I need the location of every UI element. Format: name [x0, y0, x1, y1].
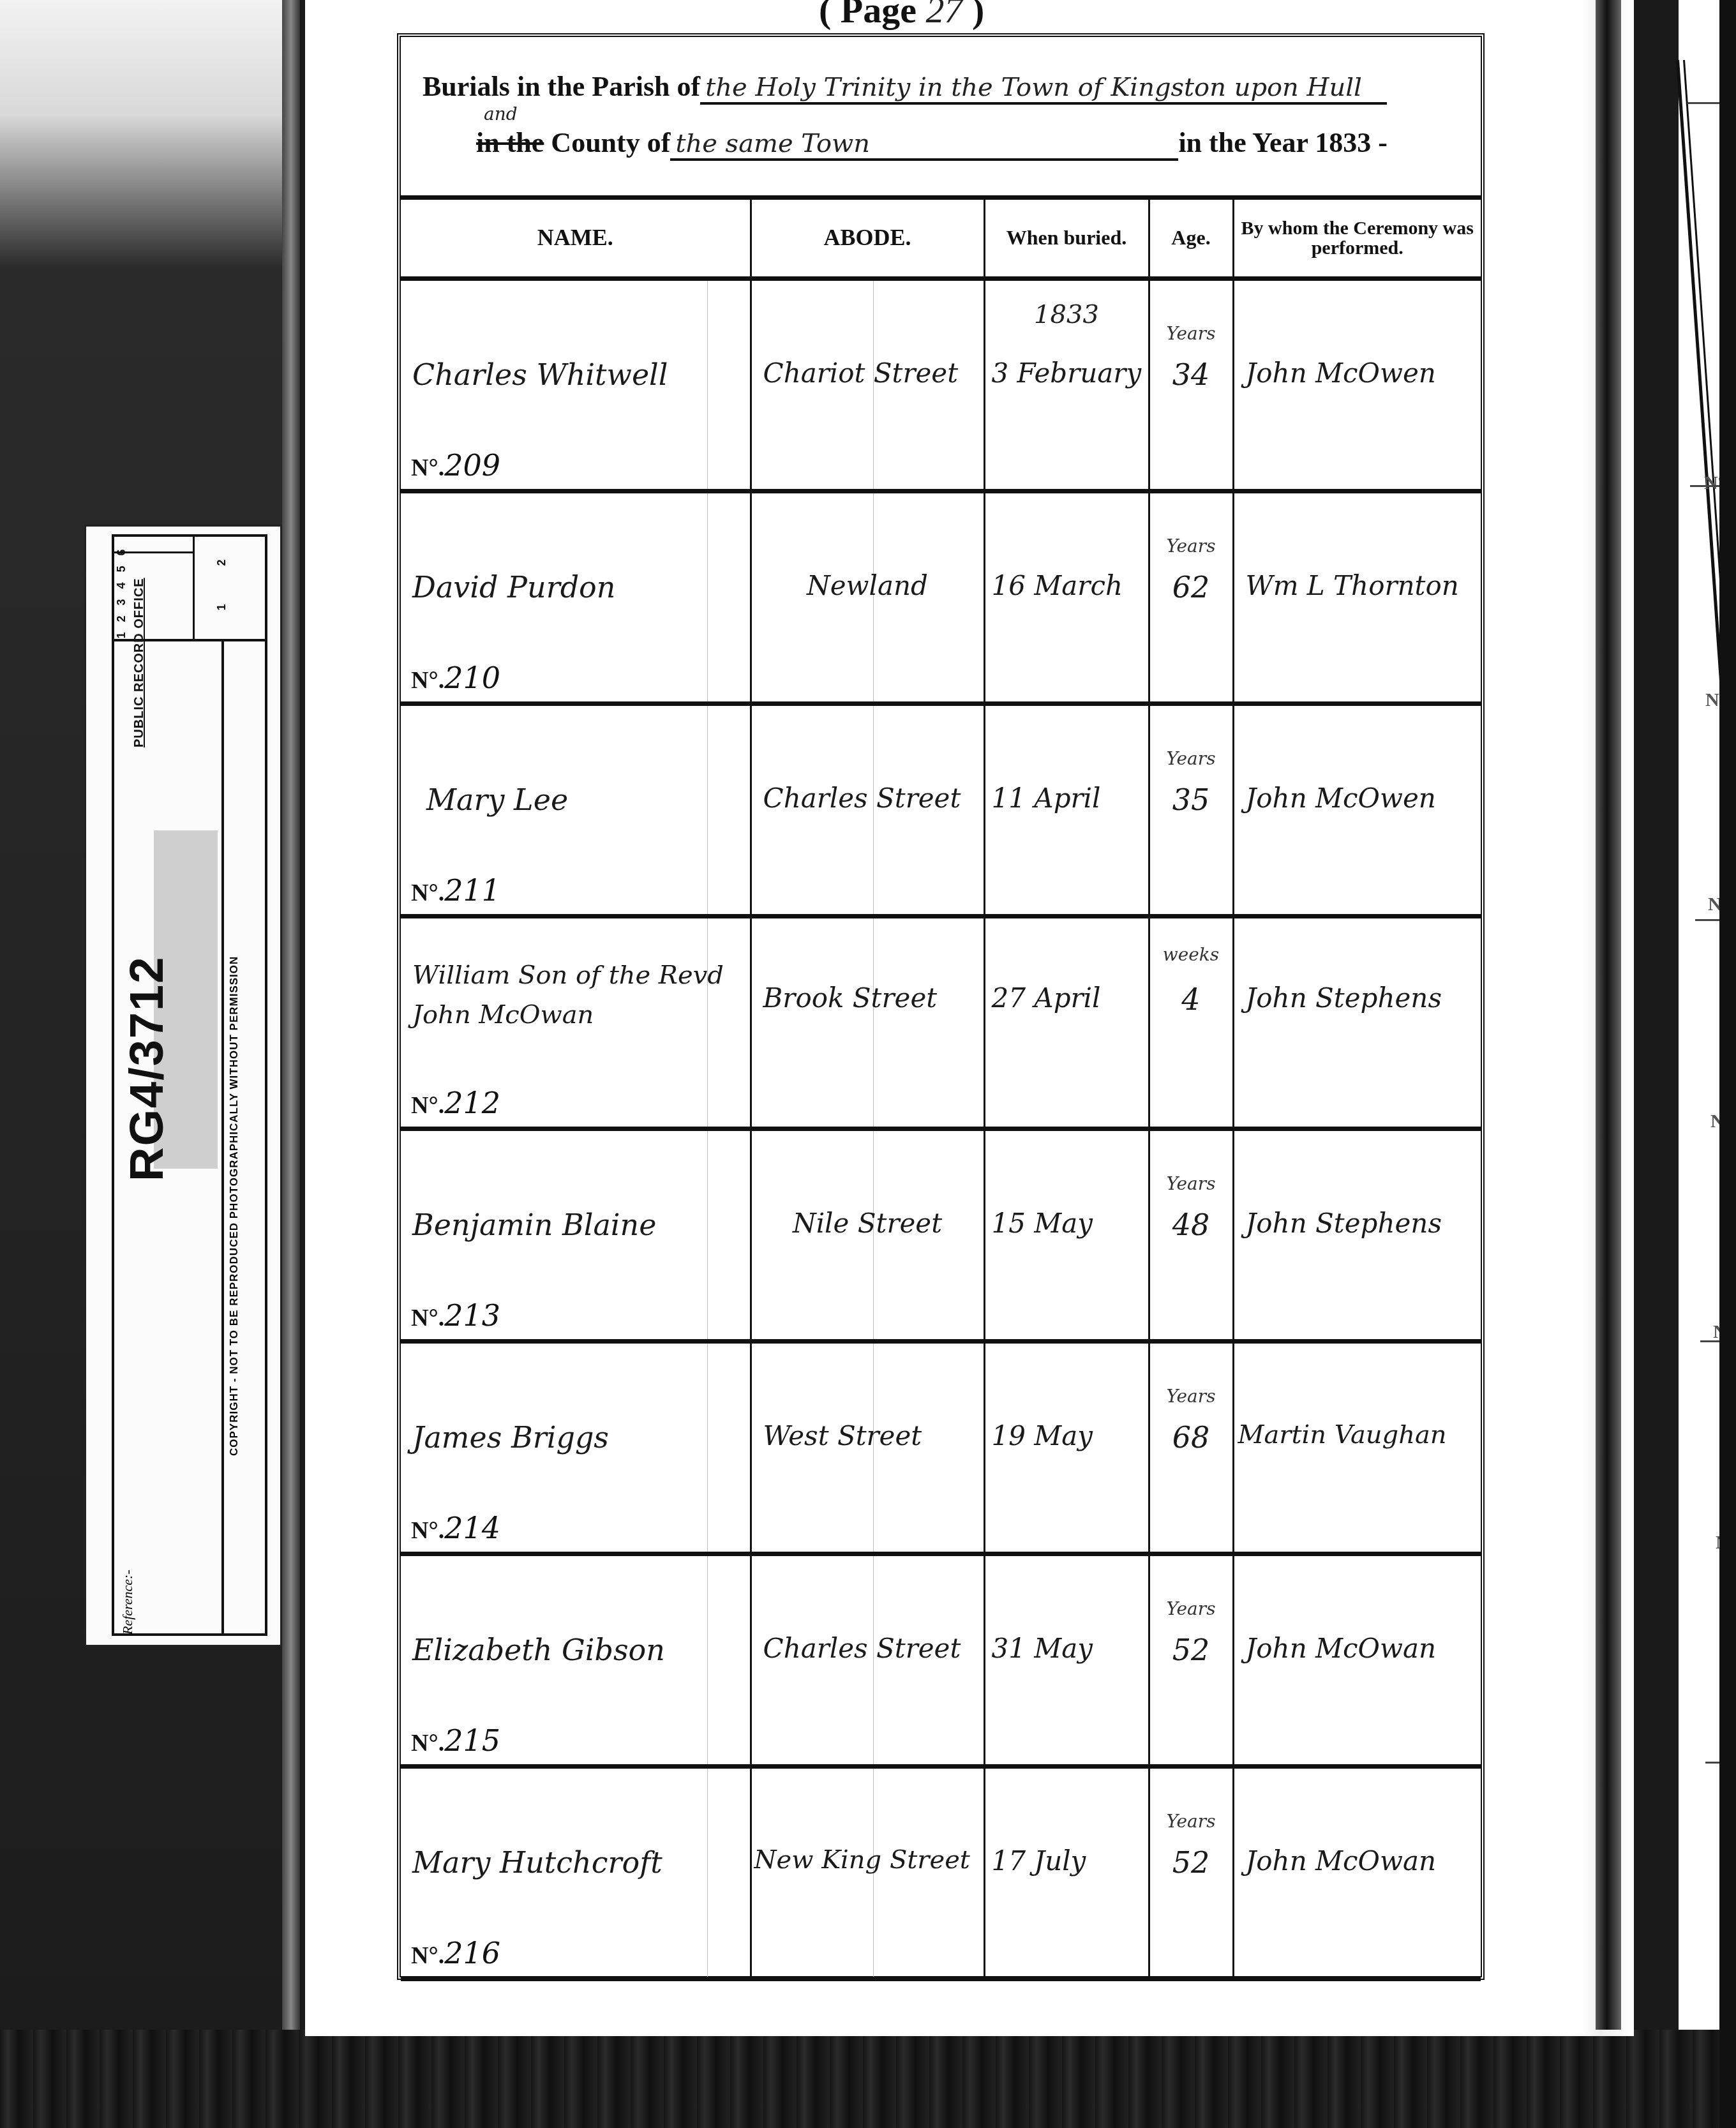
name-cell: James BriggsN°.214: [401, 1342, 751, 1554]
age: 35: [1150, 783, 1232, 817]
age-cell: Years68: [1149, 1342, 1233, 1554]
table-row: Mary LeeN°.211 Charles Street 11 April Y…: [401, 704, 1481, 917]
officiant: John McOwan: [1246, 1633, 1475, 1664]
table-row: David PurdonN°.210 Newland 16 March Year…: [401, 491, 1481, 704]
age-unit: Years: [1150, 1173, 1232, 1194]
age: 52: [1150, 1845, 1232, 1880]
abode-cell: Charles Street: [751, 704, 984, 917]
burial-date: 17 July: [992, 1845, 1142, 1877]
abode-cell: Nile Street: [751, 1129, 984, 1342]
entry-number: N°.214: [411, 1511, 500, 1545]
age-unit: Years: [1150, 748, 1232, 769]
name-cell: Elizabeth GibsonN°.215: [401, 1554, 751, 1767]
ruler-in-1: 1: [214, 604, 228, 610]
age: 4: [1150, 982, 1232, 1017]
burial-date: 27 April: [992, 982, 1142, 1014]
officiant-cell: John McOwan: [1233, 1554, 1481, 1767]
entry-number: N°.212: [411, 1086, 500, 1120]
age-cell: Years62: [1149, 491, 1233, 704]
county-name: the same Town: [670, 129, 1178, 161]
page-number: ( Page 27 ): [819, 0, 984, 31]
burial-date: 31 May: [992, 1633, 1142, 1664]
when-buried-cell: 15 May: [984, 1129, 1149, 1342]
register-title-block: Burials in the Parish ofthe Holy Trinity…: [401, 37, 1481, 197]
age-cell: Years52: [1149, 1554, 1233, 1767]
title-line-parish: Burials in the Parish ofthe Holy Trinity…: [423, 70, 1387, 105]
abode: Charles Street: [763, 1633, 977, 1664]
abode: Chariot Street: [763, 357, 977, 389]
table-row: Charles WhitwellN°.209 Chariot Street 18…: [401, 279, 1481, 491]
table-header-row: NAME. ABODE. When buried. Age. By whom t…: [401, 198, 1481, 279]
officiant: John McOwen: [1246, 783, 1475, 814]
officiant: John Stephens: [1246, 982, 1475, 1014]
age: 62: [1150, 570, 1232, 604]
burial-name: David Purdon: [412, 570, 744, 604]
name-cell: Mary HutchcroftN°.216: [401, 1767, 751, 1979]
table-row: Benjamin BlaineN°.213 Nile Street 15 May…: [401, 1129, 1481, 1342]
year-note: 1833: [985, 300, 1148, 329]
burial-name: Elizabeth Gibson: [412, 1633, 744, 1667]
reference-card-frame: 1 2 3 4 5 6 1 2 PUBLIC RECORD OFFICE RG4…: [112, 534, 267, 1636]
officiant: Martin Vaughan: [1238, 1420, 1475, 1450]
abode-cell: West Street: [751, 1342, 984, 1554]
officiant-cell: John Stephens: [1233, 1129, 1481, 1342]
abode: New King Street: [754, 1845, 977, 1875]
burial-date: 11 April: [992, 783, 1142, 814]
ruler-cm-5: 5: [115, 566, 128, 572]
age: 68: [1150, 1420, 1232, 1455]
name-cell: Benjamin BlaineN°.213: [401, 1129, 751, 1342]
copyright-notice: COPYRIGHT - NOT TO BE REPRODUCED PHOTOGR…: [228, 956, 241, 1456]
name-cell: William Son of the Revd John McOwanN°.21…: [401, 917, 751, 1129]
ruler-in-2: 2: [214, 559, 228, 566]
page-label: Page: [841, 0, 917, 31]
name-cell: David PurdonN°.210: [401, 491, 751, 704]
officiant: John McOwan: [1246, 1845, 1475, 1877]
reference-code: RG4/3712: [119, 956, 174, 1181]
officiant-cell: Wm L Thornton: [1233, 491, 1481, 704]
abode-cell: Chariot Street: [751, 279, 984, 491]
reference-card: 1 2 3 4 5 6 1 2 PUBLIC RECORD OFFICE RG4…: [84, 525, 282, 1647]
title-line-county: in the County ofthe same Townin the Year…: [476, 126, 1388, 161]
abode: Newland: [752, 570, 984, 601]
parish-name: the Holy Trinity in the Town of Kingston…: [700, 73, 1387, 105]
table-row: James BriggsN°.214 West Street 19 May Ye…: [401, 1342, 1481, 1554]
entry-number: N°.215: [411, 1723, 500, 1758]
header-when-buried: When buried.: [984, 198, 1149, 279]
age-unit: weeks: [1150, 944, 1232, 965]
county-label: County of: [551, 127, 670, 158]
card-divider: [221, 639, 224, 1633]
page-number-value: 27: [926, 0, 963, 31]
age-cell: Years35: [1149, 704, 1233, 917]
entry-number: N°.216: [411, 1936, 500, 1970]
table-row: Mary HutchcroftN°.216 New King Street 17…: [401, 1767, 1481, 1979]
age: 34: [1150, 357, 1232, 392]
abode-cell: Charles Street: [751, 1554, 984, 1767]
burial-name: Mary Hutchcroft: [412, 1845, 744, 1880]
when-buried-cell: 17 July: [984, 1767, 1149, 1979]
abode: Brook Street: [763, 982, 977, 1014]
age-cell: weeks4: [1149, 917, 1233, 1129]
ruler-cm-1: 1: [115, 632, 128, 638]
reference-label: Reference:-: [119, 1570, 136, 1635]
entry-number: N°.211: [411, 873, 500, 908]
abode-cell: Brook Street: [751, 917, 984, 1129]
officiant-cell: John McOwan: [1233, 1767, 1481, 1979]
age: 52: [1150, 1633, 1232, 1667]
title-prefix: Burials in the Parish of: [423, 71, 700, 102]
name-cell: Charles WhitwellN°.209: [401, 279, 751, 491]
burial-date: 15 May: [992, 1208, 1142, 1239]
abode: Nile Street: [752, 1208, 984, 1239]
burial-date: 3 February: [992, 357, 1142, 389]
entry-number: N°.210: [411, 661, 500, 695]
officiant: John Stephens: [1246, 1208, 1475, 1239]
burial-name: Mary Lee: [426, 783, 744, 817]
header-officiant: By whom the Ceremony was performed.: [1233, 198, 1481, 279]
officiant-cell: John McOwen: [1233, 279, 1481, 491]
burial-name: James Briggs: [412, 1420, 744, 1455]
officiant-cell: John McOwen: [1233, 704, 1481, 917]
burials-table: NAME. ABODE. When buried. Age. By whom t…: [401, 195, 1481, 1981]
header-abode: ABODE.: [751, 198, 984, 279]
ruler-cm-2: 2: [115, 615, 128, 622]
when-buried-cell: 19 May: [984, 1342, 1149, 1554]
age-cell: Years34: [1149, 279, 1233, 491]
burial-name: William Son of the Revd John McOwan: [412, 955, 744, 1035]
name-cell: Mary LeeN°.211: [401, 704, 751, 917]
table-row: Elizabeth GibsonN°.215 Charles Street 31…: [401, 1554, 1481, 1767]
ruler-cm-4: 4: [115, 582, 128, 588]
year-label: in the Year: [1178, 127, 1308, 158]
film-right-edge: [1719, 0, 1736, 2128]
when-buried-cell: 16 March: [984, 491, 1149, 704]
burial-name: Benjamin Blaine: [412, 1208, 744, 1242]
ruler-inch-scale: 1 2: [193, 537, 265, 639]
burial-date: 19 May: [992, 1420, 1142, 1451]
abode-cell: Newland: [751, 491, 984, 704]
public-record-office-label: PUBLIC RECORD OFFICE: [132, 578, 147, 747]
abode: West Street: [763, 1420, 977, 1451]
officiant-cell: John Stephens: [1233, 917, 1481, 1129]
struck-words: in the: [476, 127, 544, 158]
book-spine-shadow: [1596, 0, 1621, 2030]
officiant-cell: Martin Vaughan: [1233, 1342, 1481, 1554]
header-age: Age.: [1149, 198, 1233, 279]
entry-number: N°.209: [411, 448, 500, 483]
burial-name: Charles Whitwell: [412, 357, 744, 392]
table-row: William Son of the Revd John McOwanN°.21…: [401, 917, 1481, 1129]
when-buried-cell: 27 April: [984, 917, 1149, 1129]
film-bottom-edge: [0, 2030, 1736, 2128]
burial-register: Burials in the Parish ofthe Holy Trinity…: [397, 33, 1485, 1980]
burial-date: 16 March: [992, 570, 1142, 601]
officiant: John McOwen: [1246, 357, 1475, 389]
age-cell: Years52: [1149, 1767, 1233, 1979]
ruler-cm-scale: 1 2 3 4 5 6: [114, 537, 195, 639]
age-unit: Years: [1150, 1598, 1232, 1619]
abode: Charles Street: [763, 783, 977, 814]
age-unit: Years: [1150, 536, 1232, 557]
age-unit: Years: [1150, 323, 1232, 344]
abode-cell: New King Street: [751, 1767, 984, 1979]
age-cell: Years48: [1149, 1129, 1233, 1342]
header-name: NAME.: [401, 198, 751, 279]
inserted-word-and: and: [484, 103, 518, 124]
when-buried-cell: 18333 February: [984, 279, 1149, 491]
age: 48: [1150, 1208, 1232, 1242]
age-unit: Years: [1150, 1811, 1232, 1832]
entry-number: N°.213: [411, 1298, 500, 1333]
ruler-cm-6: 6: [115, 549, 128, 555]
when-buried-cell: 31 May: [984, 1554, 1149, 1767]
ruler-cm-3: 3: [115, 599, 128, 605]
when-buried-cell: 11 April: [984, 704, 1149, 917]
register-year: 1833: [1315, 127, 1371, 158]
officiant: Wm L Thornton: [1246, 570, 1475, 601]
age-unit: Years: [1150, 1386, 1232, 1407]
